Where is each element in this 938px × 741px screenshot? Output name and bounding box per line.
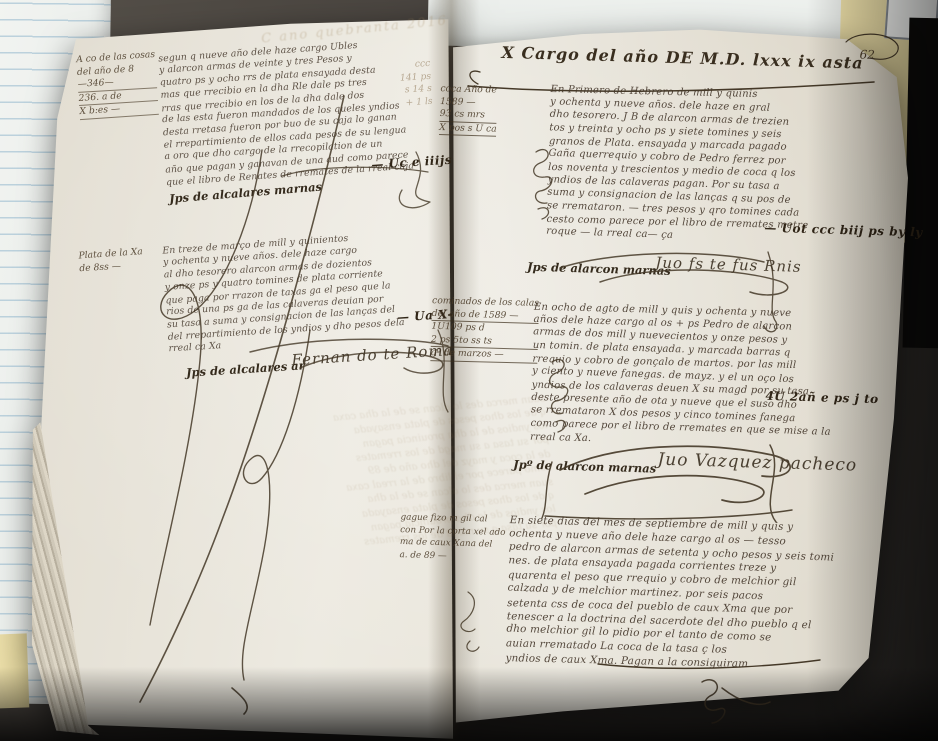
left-corner-note: A co de las cosasdel año de 8—346—236. a… (76, 49, 159, 119)
right-paragraph-2: En ocho de agto de mill y quis y ochenta… (530, 300, 834, 452)
manuscript-line: s 14 s (400, 83, 432, 97)
right-margin-note-2: cominados de los calasdel año de 1589 —1… (430, 295, 539, 364)
left-margin-numbers: ccc141 pss 14 s+ 1 ls (399, 58, 433, 110)
right-paragraph-3: En siete dias del mes de septiembre de m… (505, 513, 835, 674)
manuscript-line: gº de marzos — (430, 347, 537, 363)
gutter-margin-note: gague fizo m gil calcon Por la corta xel… (399, 511, 540, 565)
open-manuscript-book: C ano quebranta 2016 A co de las cosasde… (0, 0, 938, 741)
left-page-content: C ano quebranta 2016 A co de las cosasde… (60, 0, 459, 25)
manuscript-line: + 1 ls (401, 95, 433, 109)
right-margin-note-1: coca Año de1589 —93 cs mrsX pos s U ca (439, 83, 498, 137)
manuscript-line: X pos s U ca (439, 122, 497, 137)
left-paragraph-2: En treze de março de mill y quinientosy … (162, 230, 406, 356)
left-paragraph-2-margin: Plata de la Xade 8ss — (78, 246, 144, 275)
manuscript-line: ccc (399, 58, 431, 73)
manuscript-line: 93 cs mrs (439, 108, 497, 123)
manuscript-line: cominados de los calas (432, 295, 539, 310)
photo-of-open-manuscript-book: C ano quebranta 2016 A co de las cosasde… (0, 0, 938, 741)
folio-number: 62 (859, 47, 875, 61)
manuscript-line: coca Año de (440, 83, 498, 97)
